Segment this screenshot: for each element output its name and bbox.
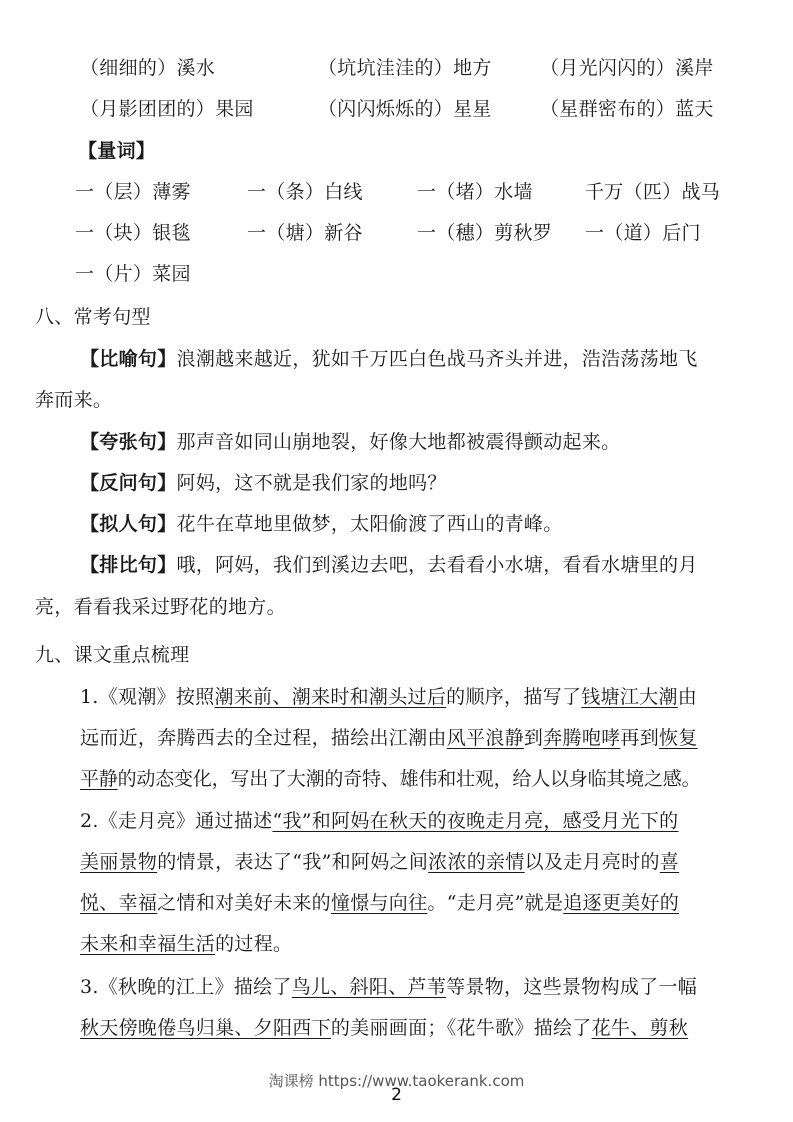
sentence-tag: 【比喻句】 (80, 348, 177, 370)
phrase: 一（道）后门 (585, 221, 701, 245)
key-phrase: 喜 (660, 851, 679, 873)
key-phrase: 钱塘江大潮 (581, 686, 678, 708)
phrase: （星群密布的）蓝天 (540, 97, 714, 121)
parallelism-sentence-cont: 亮，看看我采过野花的地方。 (35, 595, 286, 619)
simile-sentence: 【比喻句】浪潮越来越近，犹如千万匹白色战马齐头并进，浩浩荡荡地飞 (80, 347, 698, 371)
key-phrase: 追逐更美好的 (563, 892, 679, 914)
phrase: 千万（匹）战马 (585, 180, 720, 204)
text: 的动态变化，写出了大潮的奇特、雄伟和壮观，给人以身临其境之感。 (118, 768, 701, 790)
key-phrase: 奔腾咆哮 (543, 727, 620, 749)
measure-words-heading: 【量词】 (78, 139, 155, 163)
sentence-tag: 【反问句】 (80, 472, 177, 494)
key-phrase: 鸟儿、斜阳、芦苇 (292, 976, 446, 998)
text: 以及走月亮时的 (525, 851, 660, 873)
point-2-line-1: 2.《走月亮》通过描述“我”和阿妈在秋天的夜晚走月亮，感受月光下的 (80, 809, 678, 833)
point-2-line-2: 美丽景物的情景，表达了“我”和阿妈之间浓浓的亲情以及走月亮时的喜 (80, 850, 679, 874)
key-phrase: 花牛、剪秋 (592, 1017, 689, 1039)
point-3-line-2: 秋天傍晚倦鸟归巢、夕阳西下的美丽画面；《花牛歌》描绘了花牛、剪秋 (80, 1016, 688, 1040)
sentence-text: 浪潮越来越近，犹如千万匹白色战马齐头并进，浩浩荡荡地飞 (177, 348, 698, 370)
text: 远而近，奔腾西去的全过程，描绘出江潮由 (80, 727, 447, 749)
sentence-text: 花牛在草地里做梦，太阳偷渡了西山的青峰。 (177, 513, 563, 535)
key-phrase: 憧憬与向往 (331, 892, 428, 914)
text: 2.《走月亮》通过描述 (80, 810, 272, 832)
sentence-tag: 【拟人句】 (80, 513, 177, 535)
rhetorical-question: 【反问句】阿妈，这不就是我们家的地吗？ (80, 471, 447, 495)
sentence-text: 那声音如同山崩地裂，好像大地都被震得颤动起来。 (177, 431, 621, 453)
personification-sentence: 【拟人句】花牛在草地里做梦，太阳偷渡了西山的青峰。 (80, 512, 563, 536)
section-9-heading: 九、课文重点梳理 (35, 643, 189, 667)
parallelism-sentence: 【排比句】哦，阿妈，我们到溪边去吧，去看看小水塘，看看水塘里的月 (80, 553, 698, 577)
phrase: （细细的）溪水 (80, 56, 215, 80)
key-phrase: 风平浪静 (447, 727, 524, 749)
key-phrase: 恢复 (659, 727, 698, 749)
phrase: （坑坑洼洼的）地方 (318, 56, 492, 80)
point-1-line-3: 平静的动态变化，写出了大潮的奇特、雄伟和壮观，给人以身临其境之感。 (80, 767, 700, 791)
key-phrase: 潮来前、潮来时和潮头过后 (215, 686, 447, 708)
text: 再到 (620, 727, 659, 749)
phrase: （闪闪烁烁的）星星 (318, 97, 492, 121)
key-phrase: 未来和幸福生活 (80, 933, 215, 955)
key-phrase: 平静 (80, 768, 118, 790)
phrase: 一（塘）新谷 (247, 221, 363, 245)
text: 的情景，表达了“我”和阿妈之间 (157, 851, 428, 873)
text: 到 (524, 727, 543, 749)
text: 3.《秋晚的江上》描绘了 (80, 976, 292, 998)
simile-sentence-cont: 奔而来。 (35, 388, 112, 412)
phrase: 一（块）银毯 (75, 221, 191, 245)
key-phrase: 浓浓的亲情 (428, 851, 525, 873)
key-phrase: 美丽景物 (80, 851, 157, 873)
sentence-tag: 【排比句】 (80, 554, 177, 576)
phrase: 一（层）薄雾 (75, 180, 191, 204)
text: 的顺序，描写了 (446, 686, 581, 708)
phrase: （月影团团的）果园 (80, 97, 254, 121)
point-2-line-3: 悦、幸福之情和对美好未来的憧憬与向往。“走月亮”就是追逐更美好的 (80, 891, 679, 915)
sentence-tag: 【夸张句】 (80, 431, 177, 453)
phrase: （月光闪闪的）溪岸 (540, 56, 714, 80)
text: 等景物，这些景物构成了一幅 (446, 976, 697, 998)
point-3-line-1: 3.《秋晚的江上》描绘了鸟儿、斜阳、芦苇等景物，这些景物构成了一幅 (80, 975, 697, 999)
text: 由 (678, 686, 697, 708)
sentence-text: 阿妈，这不就是我们家的地吗？ (177, 472, 447, 494)
phrase: 一（堵）水墙 (417, 180, 533, 204)
text: 之情和对美好未来的 (157, 892, 331, 914)
point-1-line-1: 1.《观潮》按照潮来前、潮来时和潮头过后的顺序，描写了钱塘江大潮由 (80, 685, 697, 709)
text: 的过程。 (215, 933, 292, 955)
point-2-line-4: 未来和幸福生活的过程。 (80, 932, 292, 956)
phrase: 一（片）菜园 (75, 262, 191, 286)
section-8-heading: 八、常考句型 (35, 305, 151, 329)
point-1-line-2: 远而近，奔腾西去的全过程，描绘出江潮由风平浪静到奔腾咆哮再到恢复 (80, 726, 698, 750)
hyperbole-sentence: 【夸张句】那声音如同山崩地裂，好像大地都被震得颤动起来。 (80, 430, 620, 454)
key-phrase: 秋天傍晚倦鸟归巢、夕阳西下 (80, 1017, 331, 1039)
text: 1.《观潮》按照 (80, 686, 215, 708)
key-phrase: 悦、幸福 (80, 892, 157, 914)
phrase: 一（条）白线 (247, 180, 363, 204)
text: 。“走月亮”就是 (427, 892, 563, 914)
page-number: 2 (0, 1085, 793, 1105)
phrase: 一（穗）剪秋罗 (417, 221, 552, 245)
text: 的美丽画面；《花牛歌》描绘了 (331, 1017, 592, 1039)
sentence-text: 哦，阿妈，我们到溪边去吧，去看看小水塘，看看水塘里的月 (177, 554, 698, 576)
key-phrase: “我”和阿妈在秋天的夜晚走月亮，感受月光下的 (272, 810, 678, 832)
